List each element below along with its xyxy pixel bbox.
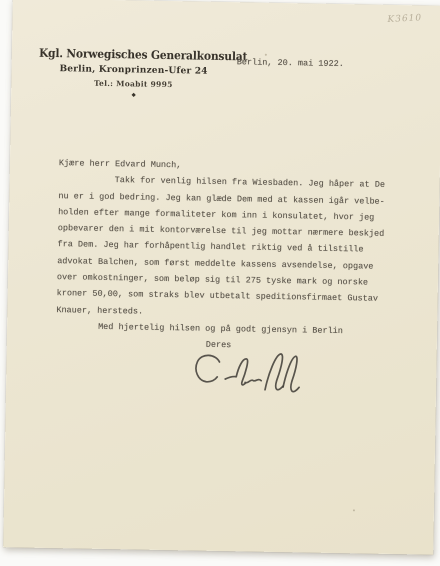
letterhead: Kgl. Norwegisches Generalkonsulat Berlin…: [31, 46, 236, 99]
letterhead-ornament-icon: [131, 93, 135, 97]
signature-ink-icon: [189, 348, 308, 398]
letterhead-address: Berlin, Kronprinzen-Ufer 24: [32, 64, 236, 78]
scan-background: K3610 Kgl. Norwegisches Generalkonsulat …: [0, 0, 440, 566]
paper-speck: [265, 54, 267, 56]
paper-speck: [353, 509, 355, 511]
letterhead-phone: Tel.: Moabit 9995: [31, 78, 235, 91]
dateline: Berlin, 20. mai 1922.: [237, 57, 344, 69]
letterhead-org: Kgl. Norwegisches Generalkonsulat: [39, 46, 229, 63]
handwritten-signature: [189, 348, 308, 403]
pencil-annotation: K3610: [387, 13, 422, 25]
letter-paper: K3610 Kgl. Norwegisches Generalkonsulat …: [3, 0, 440, 555]
letter-body: Kjære herr Edvard Munch, Takk for venlig…: [56, 155, 404, 357]
body-lines: Takk for venlig hilsen fra Wiesbaden. Je…: [56, 171, 404, 356]
